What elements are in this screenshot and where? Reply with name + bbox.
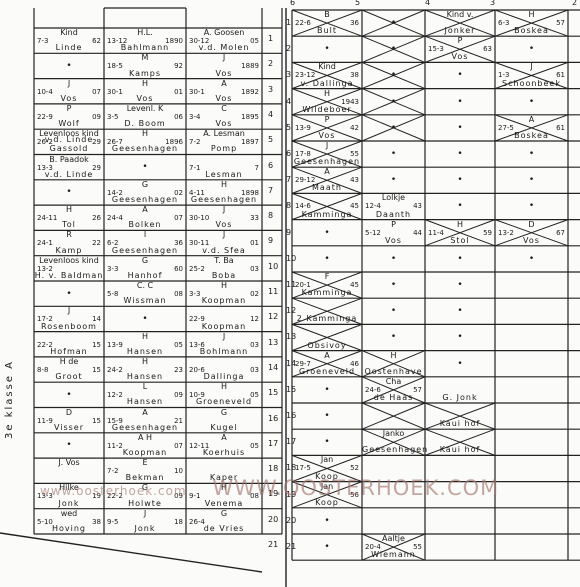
grave-name: Geesenhagen bbox=[104, 246, 186, 255]
grave-cell: H10-905Groeneveld bbox=[186, 382, 262, 407]
grave-cell: • bbox=[34, 180, 104, 205]
grave-name: Schoonbeek bbox=[495, 79, 568, 88]
empty-grave-cell: • bbox=[292, 220, 362, 246]
empty-grave-cell: • bbox=[362, 141, 425, 167]
grave-name: Vos bbox=[186, 94, 262, 103]
row-number: 17 bbox=[268, 439, 278, 448]
grave-name: Geesenhagen bbox=[362, 445, 425, 454]
grave-initial: H de bbox=[34, 357, 104, 366]
empty-plot-marker: • bbox=[457, 123, 462, 133]
empty-plot-marker: • bbox=[391, 18, 396, 28]
grave-initial: H bbox=[186, 281, 262, 290]
row-number: 18 bbox=[286, 463, 296, 472]
empty-grave-cell: • bbox=[425, 141, 495, 167]
grave-name: Groeneveld bbox=[292, 367, 362, 376]
grave-initial: D bbox=[34, 408, 104, 417]
empty-grave-cell: • bbox=[292, 508, 362, 534]
grave-name: Bult bbox=[292, 26, 362, 35]
grave-cell: F20-145Kamminga bbox=[292, 272, 362, 298]
grave-cell bbox=[362, 508, 425, 534]
empty-plot-marker: • bbox=[324, 516, 329, 526]
row-number: 16 bbox=[268, 414, 278, 423]
row-number: 9 bbox=[286, 228, 291, 237]
grave-name: Groot bbox=[34, 372, 104, 381]
empty-plot-marker: • bbox=[457, 175, 462, 185]
empty-plot-marker: • bbox=[529, 175, 534, 185]
empty-grave-cell: • bbox=[425, 272, 495, 298]
grave-cell: M18-592Kamps bbox=[104, 53, 186, 78]
grave-cell: Obsivoy bbox=[292, 324, 362, 350]
row-number: 11 bbox=[286, 280, 296, 289]
empty-grave-cell: • bbox=[495, 36, 568, 62]
row-number: 5 bbox=[286, 123, 291, 132]
grave-cell: Kaui hof bbox=[425, 403, 495, 429]
empty-plot-marker: • bbox=[66, 187, 71, 197]
grave-name: Visser bbox=[34, 423, 104, 432]
empty-grave-cell: • bbox=[362, 167, 425, 193]
empty-grave-cell: • bbox=[425, 246, 495, 272]
grave-initial: E bbox=[104, 458, 186, 467]
row-number: 9 bbox=[268, 236, 273, 245]
grave-name: Wiemann bbox=[362, 550, 425, 559]
grave-name: Boskea bbox=[495, 131, 568, 140]
empty-grave-cell: • bbox=[362, 62, 425, 88]
grave-cell: H26-71896Geesenhagen bbox=[104, 129, 186, 154]
grave-cell: R24-122Kamp bbox=[34, 230, 104, 255]
grave-initial: H bbox=[425, 220, 495, 229]
grave-initial: wed bbox=[34, 509, 104, 518]
empty-plot-marker: • bbox=[324, 411, 329, 421]
grave-name: Kaui hof bbox=[425, 445, 495, 454]
grave-name: Kugel bbox=[186, 423, 262, 432]
grave-initial: P bbox=[34, 104, 104, 113]
grave-initial: Aaltje bbox=[362, 534, 425, 543]
empty-plot-marker: • bbox=[457, 97, 462, 107]
grave-initial: P bbox=[362, 220, 425, 229]
empty-grave-cell: • bbox=[425, 324, 495, 350]
empty-grave-cell: • bbox=[425, 62, 495, 88]
grave-name: Boskea bbox=[495, 26, 568, 35]
empty-plot-marker: • bbox=[457, 254, 462, 264]
grave-cell: A29-746Groeneveld bbox=[292, 351, 362, 377]
grave-cell: Kaui hof bbox=[425, 429, 495, 455]
row-number: 5 bbox=[268, 135, 273, 144]
grave-initial: J bbox=[34, 79, 104, 88]
grave-name: Boba bbox=[186, 271, 262, 280]
empty-plot-marker: • bbox=[457, 280, 462, 290]
grave-initial: R bbox=[34, 230, 104, 239]
empty-grave-cell: • bbox=[425, 115, 495, 141]
grave-cell: T. Ba25-203Boba bbox=[186, 256, 262, 281]
grave-name: Koopman bbox=[186, 296, 262, 305]
grave-initial: I bbox=[104, 230, 186, 239]
grave-cell: 7-17Lesman bbox=[186, 155, 262, 180]
grave-initial: J. Vos bbox=[34, 458, 104, 467]
row-number: 2 bbox=[268, 59, 273, 68]
grave-name: Wolf bbox=[34, 119, 104, 128]
grave-cell: D13-267Vos bbox=[495, 220, 568, 246]
grave-initial: A bbox=[104, 205, 186, 214]
empty-plot-marker: • bbox=[529, 97, 534, 107]
grave-initial: J bbox=[186, 53, 262, 62]
row-number: 3 bbox=[286, 70, 291, 79]
row-number: 15 bbox=[268, 388, 278, 397]
empty-plot-marker: • bbox=[324, 228, 329, 238]
column-header: 5 bbox=[355, 0, 360, 7]
empty-grave-cell: • bbox=[362, 298, 425, 324]
empty-grave-cell: • bbox=[292, 429, 362, 455]
grave-cell: • bbox=[34, 53, 104, 78]
grave-cell: H1943Wildeboer bbox=[292, 89, 362, 115]
grave-cell: A15-921Geesenhagen bbox=[104, 408, 186, 433]
grave-name: Groeneveld bbox=[186, 397, 262, 406]
grave-cell: A29-1243Maath bbox=[292, 167, 362, 193]
grave-cell: • bbox=[104, 155, 186, 180]
grave-initial: A. Lesman bbox=[186, 129, 262, 138]
row-number: 21 bbox=[268, 540, 278, 549]
empty-plot-marker: • bbox=[457, 332, 462, 342]
grave-initial: J bbox=[186, 230, 262, 239]
grave-initial: J bbox=[34, 306, 104, 315]
grave-name: v.d. Linde Gassold bbox=[34, 135, 104, 153]
empty-grave-cell: • bbox=[425, 193, 495, 219]
grave-name: Holwte bbox=[104, 499, 186, 508]
row-number: 7 bbox=[286, 175, 291, 184]
grave-name: Vos bbox=[495, 236, 568, 245]
grave-cell: P22-909Wolf bbox=[34, 104, 104, 129]
grave-initial: M bbox=[104, 53, 186, 62]
grave-name: Jonk bbox=[34, 499, 104, 508]
empty-plot-marker: • bbox=[391, 306, 396, 316]
grave-name: Vos bbox=[186, 220, 262, 229]
grave-name: Hansen bbox=[104, 372, 186, 381]
grave-initial: Kind bbox=[34, 28, 104, 37]
grave-cell: A27-561Boskea bbox=[495, 115, 568, 141]
grave-cell: H24-1126Tol bbox=[34, 205, 104, 230]
grave-cell: J10-407Vos bbox=[34, 79, 104, 104]
grave-initial: H bbox=[104, 129, 186, 138]
grave-cell: H24-223Hansen bbox=[104, 357, 186, 382]
grave-name: Geesenhagen bbox=[104, 144, 186, 153]
grave-cell: • bbox=[34, 281, 104, 306]
grave-name: Hoving bbox=[34, 524, 104, 533]
row-number: 1 bbox=[286, 18, 291, 27]
empty-grave-cell: • bbox=[495, 246, 568, 272]
column-header: 6 bbox=[290, 0, 295, 7]
grave-name: Koerhuis bbox=[186, 448, 262, 457]
grave-initial: J bbox=[186, 205, 262, 214]
grave-cell: B22-636Bult bbox=[292, 10, 362, 36]
grave-name: Stol bbox=[425, 236, 495, 245]
grave-cell: A30-11892Vos bbox=[186, 79, 262, 104]
grave-initial: H bbox=[104, 357, 186, 366]
grave-name: Maath bbox=[292, 183, 362, 192]
grave-cell: • bbox=[104, 306, 186, 331]
class-label: 3e klasse A bbox=[4, 360, 15, 439]
grave-initial: T. Ba bbox=[186, 256, 262, 265]
grave-cell: G26-4de Vries bbox=[186, 509, 262, 534]
grave-initial: J bbox=[495, 62, 568, 71]
empty-grave-cell: • bbox=[362, 89, 425, 115]
empty-grave-cell: • bbox=[362, 272, 425, 298]
register-sheet: Kind7-362Linde•J10-407VosP22-909WolfLeve… bbox=[0, 0, 580, 587]
empty-plot-marker: • bbox=[66, 61, 71, 71]
row-number: 3 bbox=[268, 85, 273, 94]
grave-name: Jonk bbox=[104, 524, 186, 533]
grave-cell: JankoGeesenhagen bbox=[362, 429, 425, 455]
grave-initial: G bbox=[186, 408, 262, 417]
empty-plot-marker: • bbox=[391, 149, 396, 159]
grave-initial: A bbox=[104, 408, 186, 417]
watermark: www.oosterhoek.com WWW.OOSTERHOEK.COM bbox=[40, 476, 499, 500]
grave-initial: G bbox=[104, 180, 186, 189]
empty-grave-cell: • bbox=[362, 10, 425, 36]
grave-initial: A bbox=[186, 433, 262, 442]
grave-cell: P15-363Vos bbox=[425, 36, 495, 62]
grave-cell: J1889Vos bbox=[186, 53, 262, 78]
grave-initial: J bbox=[186, 332, 262, 341]
grave-name: Geesenhagen bbox=[104, 423, 186, 432]
empty-plot-marker: • bbox=[391, 123, 396, 133]
grave-cell: L12-209Hansen bbox=[104, 382, 186, 407]
empty-plot-marker: • bbox=[324, 385, 329, 395]
row-number: 8 bbox=[268, 211, 273, 220]
grave-initial: H bbox=[495, 10, 568, 19]
grave-initial: H bbox=[186, 382, 262, 391]
grave-name: Pomp bbox=[186, 144, 262, 153]
grave-cell: C. C5-808Wissman bbox=[104, 281, 186, 306]
grave-name: Linde bbox=[34, 43, 104, 52]
grave-name: v.d. Sfea bbox=[186, 246, 262, 255]
empty-plot-marker: • bbox=[142, 314, 147, 324]
grave-name: de Vries bbox=[186, 524, 262, 533]
row-number: 20 bbox=[286, 516, 296, 525]
row-number: 14 bbox=[268, 363, 278, 372]
grave-initial: B. Paadok bbox=[34, 155, 104, 164]
row-number: 1 bbox=[268, 34, 273, 43]
empty-plot-marker: • bbox=[391, 280, 396, 290]
row-number: 10 bbox=[286, 254, 296, 263]
grave-name: D. Boom bbox=[104, 119, 186, 128]
empty-grave-cell: • bbox=[292, 534, 362, 560]
grave-initial: A bbox=[292, 167, 362, 176]
grave-initial: Levenl. K bbox=[104, 104, 186, 113]
grave-cell: H3-302Koopman bbox=[186, 281, 262, 306]
empty-grave-cell: • bbox=[362, 324, 425, 350]
grave-name: Daanth bbox=[362, 210, 425, 219]
row-number: 21 bbox=[286, 542, 296, 551]
empty-plot-marker: • bbox=[529, 201, 534, 211]
grave-initial: J bbox=[292, 141, 362, 150]
grave-name: Lesman bbox=[186, 170, 262, 179]
grave-initial: A bbox=[495, 115, 568, 124]
row-number: 17 bbox=[286, 437, 296, 446]
empty-plot-marker: • bbox=[529, 254, 534, 264]
grave-cell bbox=[362, 403, 425, 429]
grave-name: Vos bbox=[186, 69, 262, 78]
empty-plot-marker: • bbox=[391, 175, 396, 185]
column-header: 3 bbox=[490, 0, 495, 7]
grave-name: Dallinga bbox=[186, 372, 262, 381]
grave-name: Kamminga bbox=[292, 288, 362, 297]
empty-plot-marker: • bbox=[142, 162, 147, 172]
grave-name: Hofman bbox=[34, 347, 104, 356]
row-number: 20 bbox=[268, 515, 278, 524]
grave-cell: G3-360Hanhof bbox=[104, 256, 186, 281]
grave-cell: B. Paadok13-329v.d. Linde bbox=[34, 155, 104, 180]
grave-cell: J17-855Geesenhagen bbox=[292, 141, 362, 167]
row-number: 15 bbox=[286, 385, 296, 394]
grave-cell: A12-1105Koerhuis bbox=[186, 433, 262, 458]
grave-cell: H30-101Vos bbox=[104, 79, 186, 104]
grave-initial: Lolkje bbox=[362, 193, 425, 202]
row-number: 7 bbox=[268, 186, 273, 195]
grave-name: Jonker bbox=[425, 26, 495, 35]
grave-cell: Kind v.Jonker bbox=[425, 10, 495, 36]
grave-cell: Aaltje20-455Wiemann bbox=[362, 534, 425, 560]
grave-cell bbox=[425, 534, 495, 560]
row-number: 6 bbox=[286, 149, 291, 158]
column-header: 2 bbox=[572, 0, 577, 7]
grave-name: Koopman bbox=[104, 448, 186, 457]
grave-cell: GKugel bbox=[186, 408, 262, 433]
grave-name: Hansen bbox=[104, 347, 186, 356]
grave-name: Kamminga bbox=[292, 210, 362, 219]
grave-cell: 2 Kamminga bbox=[292, 298, 362, 324]
grave-name: Geesenhagen bbox=[186, 195, 262, 204]
row-number: 2 bbox=[286, 44, 291, 53]
empty-grave-cell: • bbox=[495, 89, 568, 115]
empty-grave-cell: • bbox=[495, 193, 568, 219]
empty-plot-marker: • bbox=[391, 332, 396, 342]
grave-name: Venema bbox=[186, 499, 262, 508]
row-number: 13 bbox=[286, 332, 296, 341]
empty-plot-marker: • bbox=[457, 359, 462, 369]
grave-initial: J bbox=[104, 509, 186, 518]
grave-cell: Lolkje12-443Daanth bbox=[362, 193, 425, 219]
grave-cell: J13-603Bohlmann bbox=[186, 332, 262, 357]
grave-cell: Levenloos kind26-229v.d. Linde Gassold bbox=[34, 129, 104, 154]
grave-cell: P13-942Vos bbox=[292, 115, 362, 141]
empty-grave-cell: • bbox=[362, 115, 425, 141]
grave-name: Wissman bbox=[104, 296, 186, 305]
empty-grave-cell: • bbox=[292, 36, 362, 62]
grave-name: Geesenhagen bbox=[292, 157, 362, 166]
grave-name: Geesenhagen bbox=[104, 195, 186, 204]
empty-plot-marker: • bbox=[391, 97, 396, 107]
grave-initial: G bbox=[104, 256, 186, 265]
grave-initial: H bbox=[292, 89, 362, 98]
grave-cell: J30-1033Vos bbox=[186, 205, 262, 230]
empty-grave-cell: • bbox=[292, 246, 362, 272]
empty-plot-marker: • bbox=[324, 437, 329, 447]
empty-grave-cell: • bbox=[292, 377, 362, 403]
grave-initial: C bbox=[186, 104, 262, 113]
grave-cell: Kind7-362Linde bbox=[34, 28, 104, 53]
grave-name: v.d. Molen bbox=[186, 43, 262, 52]
grave-initial: Janko bbox=[362, 429, 425, 438]
grave-name: Vos bbox=[292, 131, 362, 140]
grave-name: Vos bbox=[104, 94, 186, 103]
grave-name: Obsivoy bbox=[292, 341, 362, 350]
empty-plot-marker: • bbox=[529, 44, 534, 54]
grave-initial: P bbox=[425, 36, 495, 45]
grave-cell: D11-915Visser bbox=[34, 408, 104, 433]
row-number: 4 bbox=[286, 97, 291, 106]
grave-initial: B bbox=[292, 10, 362, 19]
grave-cell: A24-407Bolken bbox=[104, 205, 186, 230]
grave-initial: Cha bbox=[362, 377, 425, 386]
grave-cell: J9-518Jonk bbox=[104, 509, 186, 534]
grave-cell: H4-111898Geesenhagen bbox=[186, 180, 262, 205]
row-number: 14 bbox=[286, 359, 296, 368]
grave-name: Vos bbox=[186, 119, 262, 128]
grave-name: v. Dallinga bbox=[292, 79, 362, 88]
empty-plot-marker: • bbox=[391, 70, 396, 80]
empty-plot-marker: • bbox=[66, 390, 71, 400]
grave-name: H. v. Baldman bbox=[34, 271, 104, 280]
grave-cell: • bbox=[34, 433, 104, 458]
grave-cell: Levenloos kind13-2H. v. Baldman bbox=[34, 256, 104, 281]
grave-cell: J17-214Rosenboom bbox=[34, 306, 104, 331]
row-number: 10 bbox=[268, 262, 278, 271]
grave-name: Vos bbox=[34, 94, 104, 103]
grave-cell: H6-357Boskea bbox=[495, 10, 568, 36]
row-number: 13 bbox=[268, 338, 278, 347]
grave-initial: H bbox=[104, 332, 186, 341]
grave-initial: Kind bbox=[292, 62, 362, 71]
grave-name: Bahlmann bbox=[104, 43, 186, 52]
empty-plot-marker: • bbox=[457, 149, 462, 159]
row-number: 18 bbox=[268, 464, 278, 473]
watermark-right: WWW.OOSTERHOEK.COM bbox=[212, 476, 499, 500]
row-number: 11 bbox=[268, 287, 278, 296]
grave-name: Vos bbox=[362, 236, 425, 245]
grave-cell: C3-41895Vos bbox=[186, 104, 262, 129]
grave-initial: P bbox=[292, 115, 362, 124]
grave-cell: H13-905Hansen bbox=[104, 332, 186, 357]
grave-initial: A. Goosen bbox=[186, 28, 262, 37]
empty-plot-marker: • bbox=[66, 289, 71, 299]
grave-cell: 22-912Koopman bbox=[186, 306, 262, 331]
grave-name: 2 Kamminga bbox=[292, 314, 362, 323]
row-number: 4 bbox=[268, 110, 273, 119]
grave-initial: L bbox=[104, 382, 186, 391]
row-number: 8 bbox=[286, 201, 291, 210]
empty-grave-cell: • bbox=[425, 89, 495, 115]
grave-cell: J30-1101v.d. Sfea bbox=[186, 230, 262, 255]
grave-initial: C. C bbox=[104, 281, 186, 290]
grave-name: Oostenhave bbox=[362, 367, 425, 376]
grave-initial: A bbox=[292, 351, 362, 360]
grave-initial: Jan bbox=[292, 455, 362, 464]
empty-grave-cell: • bbox=[425, 298, 495, 324]
row-number: 16 bbox=[286, 411, 296, 420]
empty-plot-marker: • bbox=[324, 44, 329, 54]
grave-cell: • bbox=[34, 382, 104, 407]
grave-name: Kamp bbox=[34, 246, 104, 255]
grave-name: Hanhof bbox=[104, 271, 186, 280]
grave-cell: Kind23-1238v. Dallinga bbox=[292, 62, 362, 88]
grave-cell bbox=[425, 508, 495, 534]
grave-initial: D bbox=[495, 220, 568, 229]
grave-name: Kaui hof bbox=[425, 419, 495, 428]
grave-name: Bolken bbox=[104, 220, 186, 229]
empty-plot-marker: • bbox=[457, 201, 462, 211]
grave-name: Hansen bbox=[104, 397, 186, 406]
grave-name: de Haas bbox=[362, 393, 425, 402]
empty-plot-marker: • bbox=[457, 306, 462, 316]
